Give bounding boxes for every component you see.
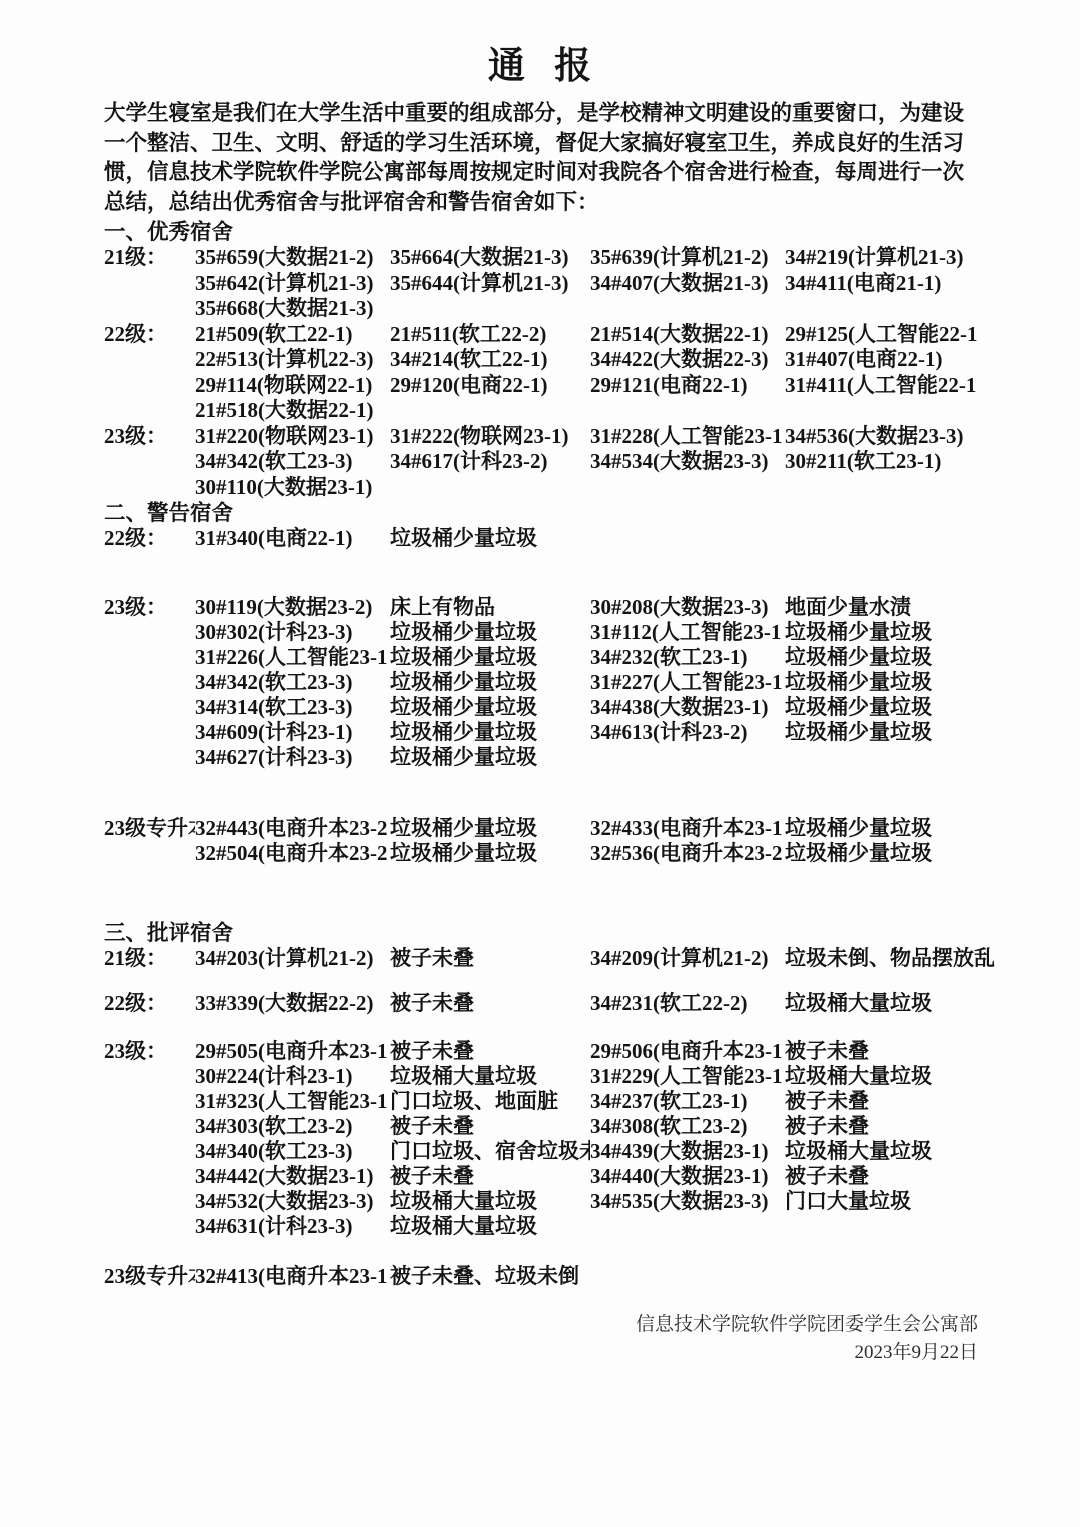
issue-cell: 垃圾桶少量垃圾 bbox=[785, 645, 1080, 670]
issue-cell bbox=[785, 1264, 1080, 1289]
issue-cell: 垃圾桶少量垃圾 bbox=[390, 695, 590, 720]
dorm-cell: 29#505(电商升本23-1 bbox=[195, 1039, 390, 1064]
issue-cell bbox=[785, 745, 1080, 770]
grade-label bbox=[104, 1189, 195, 1214]
dorm-row: 31#323(人工智能23-1门口垃圾、地面脏34#237(软工23-1)被子未… bbox=[104, 1089, 1080, 1114]
notice-body: 一、优秀宿舍21级：35#659(大数据21-2)35#664(大数据21-3)… bbox=[104, 219, 1080, 1289]
grade-block: 21级：34#203(计算机21-2)被子未叠34#209(计算机21-2)垃圾… bbox=[104, 946, 1080, 971]
issue-cell: 被子未叠 bbox=[390, 1164, 590, 1189]
dorm-cell: 35#644(计算机21-3) bbox=[390, 271, 590, 297]
dorm-cell: 31#411(人工智能22-1 bbox=[785, 373, 1080, 399]
dorm-row: 35#668(大数据21-3) bbox=[104, 296, 1080, 322]
intro-line: 一个整洁、卫生、文明、舒适的学习生活环境，督促大家搞好寝室卫生，养成良好的生活习 bbox=[104, 129, 980, 159]
dorm-cell: 34#314(软工23-3) bbox=[195, 695, 390, 720]
dorm-cell: 31#227(人工智能23-1 bbox=[590, 670, 785, 695]
dorm-row: 21级：35#659(大数据21-2)35#664(大数据21-3)35#639… bbox=[104, 245, 1080, 271]
dorm-cell: 35#642(计算机21-3) bbox=[195, 271, 390, 297]
grade-label bbox=[104, 695, 195, 720]
dorm-cell: 34#532(大数据23-3) bbox=[195, 1189, 390, 1214]
dorm-cell: 35#668(大数据21-3) bbox=[195, 296, 390, 322]
dorm-cell bbox=[590, 296, 785, 322]
dorm-cell: 34#535(大数据23-3) bbox=[590, 1189, 785, 1214]
grade-label bbox=[104, 645, 195, 670]
dorm-cell: 31#228(人工智能23-1 bbox=[590, 424, 785, 450]
grade-label bbox=[104, 841, 195, 866]
dorm-row: 30#110(大数据23-1) bbox=[104, 475, 1080, 501]
dorm-cell: 30#302(计科23-3) bbox=[195, 620, 390, 645]
dorm-cell: 32#504(电商升本23-2 bbox=[195, 841, 390, 866]
issue-cell: 门口垃圾、地面脏 bbox=[390, 1089, 590, 1114]
page-title: 通 报 bbox=[0, 0, 1080, 85]
grade-label bbox=[104, 1164, 195, 1189]
dorm-cell bbox=[390, 475, 590, 501]
dorm-cell: 34#534(大数据23-3) bbox=[590, 449, 785, 475]
dorm-cell: 34#422(大数据22-3) bbox=[590, 347, 785, 373]
issue-cell: 床上有物品 bbox=[390, 595, 590, 620]
issue-cell: 门口垃圾、宿舍垃圾未 bbox=[390, 1139, 590, 1164]
intro-line: 总结，总结出优秀宿舍与批评宿舍和警告宿舍如下： bbox=[104, 188, 980, 218]
dorm-cell: 21#511(软工22-2) bbox=[390, 322, 590, 348]
dorm-row: 31#226(人工智能23-1垃圾桶少量垃圾34#232(软工23-1)垃圾桶少… bbox=[104, 645, 1080, 670]
dorm-cell bbox=[785, 398, 1080, 424]
dorm-cell: 34#203(计算机21-2) bbox=[195, 946, 390, 971]
dorm-cell: 34#631(计科23-3) bbox=[195, 1214, 390, 1239]
issue-cell: 垃圾桶少量垃圾 bbox=[390, 645, 590, 670]
dorm-row: 34#340(软工23-3)门口垃圾、宿舍垃圾未34#439(大数据23-1)垃… bbox=[104, 1139, 1080, 1164]
dorm-cell: 30#208(大数据23-3) bbox=[590, 595, 785, 620]
grade-label: 22级： bbox=[104, 526, 195, 551]
dorm-cell: 30#211(软工23-1) bbox=[785, 449, 1080, 475]
issue-cell: 被子未叠 bbox=[785, 1039, 1080, 1064]
issue-cell: 垃圾桶少量垃圾 bbox=[390, 720, 590, 745]
issue-cell: 垃圾桶大量垃圾 bbox=[785, 991, 1080, 1016]
grade-block: 23级专升本：32#413(电商升本23-1被子未叠、垃圾未倒 bbox=[104, 1264, 1080, 1289]
issue-cell: 垃圾桶少量垃圾 bbox=[785, 816, 1080, 841]
issue-cell: 被子未叠 bbox=[390, 991, 590, 1016]
grade-block: 22级：31#340(电商22-1)垃圾桶少量垃圾 bbox=[104, 526, 1080, 551]
grade-label bbox=[104, 296, 195, 322]
issue-cell: 被子未叠 bbox=[390, 1114, 590, 1139]
grade-label bbox=[104, 373, 195, 399]
grade-label bbox=[104, 670, 195, 695]
issue-cell: 垃圾桶少量垃圾 bbox=[785, 720, 1080, 745]
intro-line: 大学生寝室是我们在大学生活中重要的组成部分，是学校精神文明建设的重要窗口，为建设 bbox=[104, 99, 980, 129]
grade-label: 22级： bbox=[104, 991, 195, 1016]
issue-cell: 垃圾桶大量垃圾 bbox=[390, 1189, 590, 1214]
dorm-row: 34#627(计科23-3)垃圾桶少量垃圾 bbox=[104, 745, 1080, 770]
dorm-cell: 31#340(电商22-1) bbox=[195, 526, 390, 551]
issue-cell: 垃圾桶大量垃圾 bbox=[390, 1214, 590, 1239]
issue-cell: 垃圾桶少量垃圾 bbox=[785, 620, 1080, 645]
dorm-row: 23级：30#119(大数据23-2)床上有物品30#208(大数据23-3)地… bbox=[104, 595, 1080, 620]
dorm-cell: 31#229(人工智能23-1 bbox=[590, 1064, 785, 1089]
dorm-cell: 35#659(大数据21-2) bbox=[195, 245, 390, 271]
dorm-row: 32#504(电商升本23-2垃圾桶少量垃圾32#536(电商升本23-2垃圾桶… bbox=[104, 841, 1080, 866]
dorm-row: 22级：21#509(软工22-1)21#511(软工22-2)21#514(大… bbox=[104, 322, 1080, 348]
dorm-cell: 34#411(电商21-1) bbox=[785, 271, 1080, 297]
grade-label: 21级： bbox=[104, 946, 195, 971]
dorm-cell bbox=[390, 398, 590, 424]
signature-date: 2023年9月22日 bbox=[0, 1339, 978, 1367]
section-heading: 二、警告宿舍 bbox=[104, 500, 1080, 526]
dorm-cell: 34#627(计科23-3) bbox=[195, 745, 390, 770]
grade-label bbox=[104, 398, 195, 424]
grade-label: 23级专升本： bbox=[104, 1264, 195, 1289]
intro-line: 惯，信息技术学院软件学院公寓部每周按规定时间对我院各个宿舍进行检查，每周进行一次 bbox=[104, 158, 980, 188]
grade-label bbox=[104, 720, 195, 745]
dorm-cell: 34#440(大数据23-1) bbox=[590, 1164, 785, 1189]
section-warning: 二、警告宿舍22级：31#340(电商22-1)垃圾桶少量垃圾23级：30#11… bbox=[104, 500, 1080, 866]
grade-label bbox=[104, 475, 195, 501]
dorm-row: 34#631(计科23-3)垃圾桶大量垃圾 bbox=[104, 1214, 1080, 1239]
dorm-row: 34#342(软工23-3)垃圾桶少量垃圾31#227(人工智能23-1垃圾桶少… bbox=[104, 670, 1080, 695]
dorm-cell: 34#231(软工22-2) bbox=[590, 991, 785, 1016]
grade-label: 23级： bbox=[104, 1039, 195, 1064]
signature-org: 信息技术学院软件学院团委学生会公寓部 bbox=[0, 1311, 978, 1339]
dorm-cell: 31#407(电商22-1) bbox=[785, 347, 1080, 373]
dorm-cell bbox=[590, 398, 785, 424]
issue-cell: 垃圾桶少量垃圾 bbox=[390, 816, 590, 841]
issue-cell: 被子未叠 bbox=[390, 946, 590, 971]
section-criticism: 三、批评宿舍21级：34#203(计算机21-2)被子未叠34#209(计算机2… bbox=[104, 920, 1080, 1289]
dorm-row: 21#518(大数据22-1) bbox=[104, 398, 1080, 424]
signature-block: 信息技术学院软件学院团委学生会公寓部 2023年9月22日 bbox=[0, 1311, 978, 1367]
issue-cell: 垃圾未倒、物品摆放乱 bbox=[785, 946, 1080, 971]
grade-label: 23级： bbox=[104, 424, 195, 450]
issue-cell: 垃圾桶大量垃圾 bbox=[785, 1139, 1080, 1164]
dorm-cell bbox=[390, 296, 590, 322]
dorm-cell: 32#413(电商升本23-1 bbox=[195, 1264, 390, 1289]
issue-cell: 垃圾桶大量垃圾 bbox=[785, 1064, 1080, 1089]
grade-label bbox=[104, 620, 195, 645]
grade-label: 23级专升本： bbox=[104, 816, 195, 841]
dorm-cell: 34#342(软工23-3) bbox=[195, 449, 390, 475]
issue-cell: 地面少量水渍 bbox=[785, 595, 1080, 620]
grade-label bbox=[104, 449, 195, 475]
dorm-cell: 30#119(大数据23-2) bbox=[195, 595, 390, 620]
issue-cell: 垃圾桶少量垃圾 bbox=[390, 670, 590, 695]
grade-block: 23级：30#119(大数据23-2)床上有物品30#208(大数据23-3)地… bbox=[104, 595, 1080, 770]
grade-label bbox=[104, 1089, 195, 1114]
dorm-row: 23级：29#505(电商升本23-1被子未叠29#506(电商升本23-1被子… bbox=[104, 1039, 1080, 1064]
grade-label bbox=[104, 271, 195, 297]
grade-label bbox=[104, 347, 195, 373]
grade-label: 21级： bbox=[104, 245, 195, 271]
dorm-cell: 34#340(软工23-3) bbox=[195, 1139, 390, 1164]
issue-cell: 被子未叠 bbox=[390, 1039, 590, 1064]
dorm-row: 23级专升本：32#413(电商升本23-1被子未叠、垃圾未倒 bbox=[104, 1264, 1080, 1289]
dorm-cell bbox=[590, 745, 785, 770]
dorm-row: 30#224(计科23-1)垃圾桶大量垃圾31#229(人工智能23-1垃圾桶大… bbox=[104, 1064, 1080, 1089]
section-heading: 三、批评宿舍 bbox=[104, 920, 1080, 946]
notice-page: 通 报 大学生寝室是我们在大学生活中重要的组成部分，是学校精神文明建设的重要窗口… bbox=[0, 0, 1080, 1527]
dorm-row: 34#314(软工23-3)垃圾桶少量垃圾34#438(大数据23-1)垃圾桶少… bbox=[104, 695, 1080, 720]
dorm-cell: 31#220(物联网23-1) bbox=[195, 424, 390, 450]
issue-cell: 垃圾桶少量垃圾 bbox=[785, 695, 1080, 720]
dorm-cell: 32#443(电商升本23-2 bbox=[195, 816, 390, 841]
grade-block: 23级：29#505(电商升本23-1被子未叠29#506(电商升本23-1被子… bbox=[104, 1039, 1080, 1239]
dorm-row: 29#114(物联网22-1)29#120(电商22-1)29#121(电商22… bbox=[104, 373, 1080, 399]
dorm-row: 22#513(计算机22-3)34#214(软工22-1)34#422(大数据2… bbox=[104, 347, 1080, 373]
dorm-cell: 32#433(电商升本23-1 bbox=[590, 816, 785, 841]
dorm-row: 34#609(计科23-1)垃圾桶少量垃圾34#613(计科23-2)垃圾桶少量… bbox=[104, 720, 1080, 745]
dorm-row: 35#642(计算机21-3)35#644(计算机21-3)34#407(大数据… bbox=[104, 271, 1080, 297]
dorm-cell bbox=[590, 475, 785, 501]
intro-paragraph: 大学生寝室是我们在大学生活中重要的组成部分，是学校精神文明建设的重要窗口，为建设… bbox=[104, 99, 980, 217]
issue-cell: 被子未叠 bbox=[785, 1089, 1080, 1114]
dorm-cell: 34#617(计科23-2) bbox=[390, 449, 590, 475]
dorm-cell: 34#442(大数据23-1) bbox=[195, 1164, 390, 1189]
issue-cell: 垃圾桶少量垃圾 bbox=[390, 841, 590, 866]
dorm-cell: 35#664(大数据21-3) bbox=[390, 245, 590, 271]
dorm-cell: 34#536(大数据23-3) bbox=[785, 424, 1080, 450]
dorm-row: 21级：34#203(计算机21-2)被子未叠34#209(计算机21-2)垃圾… bbox=[104, 946, 1080, 971]
issue-cell bbox=[785, 526, 1080, 551]
dorm-cell: 32#536(电商升本23-2 bbox=[590, 841, 785, 866]
dorm-row: 23级专升本：32#443(电商升本23-2垃圾桶少量垃圾32#433(电商升本… bbox=[104, 816, 1080, 841]
dorm-cell: 31#112(人工智能23-1 bbox=[590, 620, 785, 645]
issue-cell: 门口大量垃圾 bbox=[785, 1189, 1080, 1214]
dorm-cell: 29#125(人工智能22-1 bbox=[785, 322, 1080, 348]
issue-cell: 垃圾桶少量垃圾 bbox=[390, 745, 590, 770]
dorm-row: 22级：33#339(大数据22-2)被子未叠34#231(软工22-2)垃圾桶… bbox=[104, 991, 1080, 1016]
dorm-cell bbox=[590, 526, 785, 551]
dorm-cell bbox=[590, 1214, 785, 1239]
dorm-cell: 21#518(大数据22-1) bbox=[195, 398, 390, 424]
dorm-cell: 34#303(软工23-2) bbox=[195, 1114, 390, 1139]
grade-block: 22级：33#339(大数据22-2)被子未叠34#231(软工22-2)垃圾桶… bbox=[104, 991, 1080, 1016]
grade-block: 23级专升本：32#443(电商升本23-2垃圾桶少量垃圾32#433(电商升本… bbox=[104, 816, 1080, 866]
dorm-cell: 31#226(人工智能23-1 bbox=[195, 645, 390, 670]
dorm-cell: 34#613(计科23-2) bbox=[590, 720, 785, 745]
dorm-cell bbox=[590, 1264, 785, 1289]
dorm-row: 34#442(大数据23-1)被子未叠34#440(大数据23-1)被子未叠 bbox=[104, 1164, 1080, 1189]
grade-label: 22级： bbox=[104, 322, 195, 348]
dorm-cell bbox=[785, 475, 1080, 501]
dorm-row: 34#342(软工23-3)34#617(计科23-2)34#534(大数据23… bbox=[104, 449, 1080, 475]
dorm-cell: 34#439(大数据23-1) bbox=[590, 1139, 785, 1164]
issue-cell: 被子未叠 bbox=[785, 1164, 1080, 1189]
dorm-cell: 31#323(人工智能23-1 bbox=[195, 1089, 390, 1114]
dorm-cell: 29#114(物联网22-1) bbox=[195, 373, 390, 399]
dorm-cell: 21#514(大数据22-1) bbox=[590, 322, 785, 348]
issue-cell: 被子未叠、垃圾未倒 bbox=[390, 1264, 590, 1289]
dorm-cell: 35#639(计算机21-2) bbox=[590, 245, 785, 271]
issue-cell: 垃圾桶少量垃圾 bbox=[390, 526, 590, 551]
dorm-cell: 21#509(软工22-1) bbox=[195, 322, 390, 348]
issue-cell: 垃圾桶少量垃圾 bbox=[785, 670, 1080, 695]
dorm-cell: 30#110(大数据23-1) bbox=[195, 475, 390, 501]
dorm-row: 34#532(大数据23-3)垃圾桶大量垃圾34#535(大数据23-3)门口大… bbox=[104, 1189, 1080, 1214]
dorm-row: 30#302(计科23-3)垃圾桶少量垃圾31#112(人工智能23-1垃圾桶少… bbox=[104, 620, 1080, 645]
issue-cell bbox=[785, 1214, 1080, 1239]
issue-cell: 被子未叠 bbox=[785, 1114, 1080, 1139]
issue-cell: 垃圾桶大量垃圾 bbox=[390, 1064, 590, 1089]
grade-label bbox=[104, 745, 195, 770]
dorm-cell: 34#214(软工22-1) bbox=[390, 347, 590, 373]
grade-block: 21级：35#659(大数据21-2)35#664(大数据21-3)35#639… bbox=[104, 245, 1080, 500]
dorm-cell: 34#232(软工23-1) bbox=[590, 645, 785, 670]
dorm-cell: 33#339(大数据22-2) bbox=[195, 991, 390, 1016]
section-excellent: 一、优秀宿舍21级：35#659(大数据21-2)35#664(大数据21-3)… bbox=[104, 219, 1080, 500]
grade-label bbox=[104, 1214, 195, 1239]
grade-label bbox=[104, 1114, 195, 1139]
dorm-cell: 34#609(计科23-1) bbox=[195, 720, 390, 745]
grade-label: 23级： bbox=[104, 595, 195, 620]
dorm-cell: 30#224(计科23-1) bbox=[195, 1064, 390, 1089]
dorm-cell: 29#506(电商升本23-1 bbox=[590, 1039, 785, 1064]
dorm-row: 23级：31#220(物联网23-1)31#222(物联网23-1)31#228… bbox=[104, 424, 1080, 450]
section-heading: 一、优秀宿舍 bbox=[104, 219, 1080, 245]
dorm-cell: 22#513(计算机22-3) bbox=[195, 347, 390, 373]
dorm-cell bbox=[785, 296, 1080, 322]
dorm-cell: 34#438(大数据23-1) bbox=[590, 695, 785, 720]
grade-label bbox=[104, 1064, 195, 1089]
dorm-cell: 34#209(计算机21-2) bbox=[590, 946, 785, 971]
dorm-cell: 29#121(电商22-1) bbox=[590, 373, 785, 399]
dorm-cell: 34#308(软工23-2) bbox=[590, 1114, 785, 1139]
dorm-cell: 34#342(软工23-3) bbox=[195, 670, 390, 695]
issue-cell: 垃圾桶少量垃圾 bbox=[785, 841, 1080, 866]
dorm-cell: 34#237(软工23-1) bbox=[590, 1089, 785, 1114]
dorm-row: 34#303(软工23-2)被子未叠34#308(软工23-2)被子未叠 bbox=[104, 1114, 1080, 1139]
dorm-cell: 29#120(电商22-1) bbox=[390, 373, 590, 399]
dorm-cell: 34#219(计算机21-3) bbox=[785, 245, 1080, 271]
grade-label bbox=[104, 1139, 195, 1164]
dorm-row: 22级：31#340(电商22-1)垃圾桶少量垃圾 bbox=[104, 526, 1080, 551]
issue-cell: 垃圾桶少量垃圾 bbox=[390, 620, 590, 645]
dorm-cell: 31#222(物联网23-1) bbox=[390, 424, 590, 450]
dorm-cell: 34#407(大数据21-3) bbox=[590, 271, 785, 297]
